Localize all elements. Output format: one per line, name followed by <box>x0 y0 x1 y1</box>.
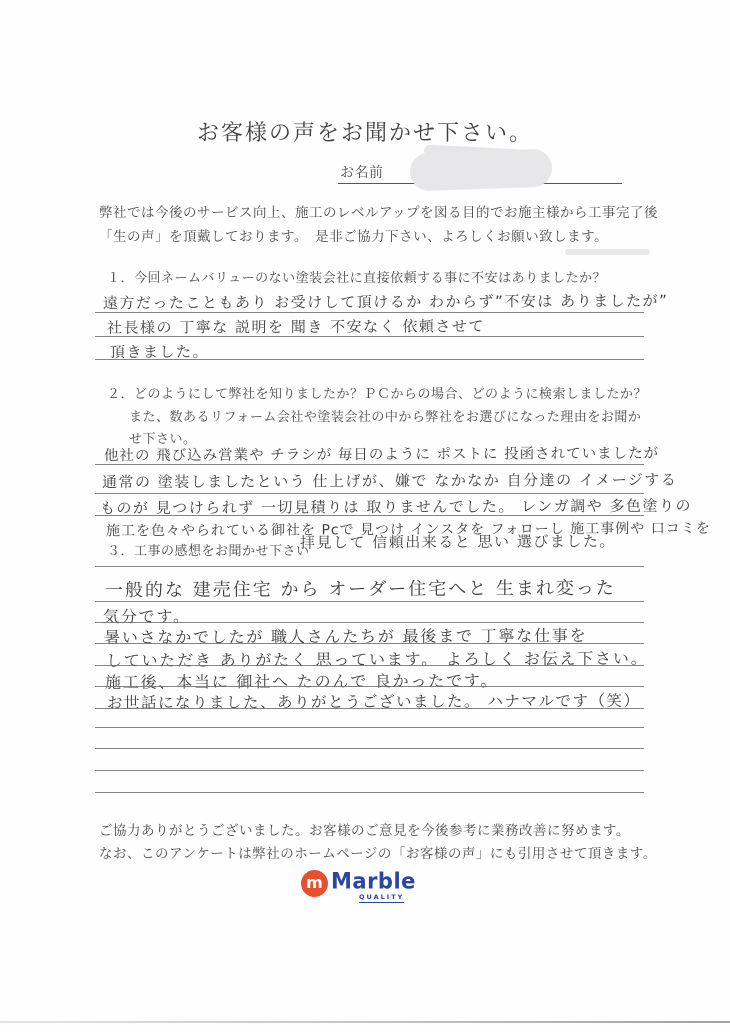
scan-smudge-2 <box>565 249 650 255</box>
logo-brand-text: Marble <box>331 868 416 893</box>
ruled-line <box>95 566 644 567</box>
q3-answer-line-2: 気分です。 <box>103 604 191 627</box>
question-2-text-line-1: ２．どのようにして弊社を知りましたか？ＰＣからの場合、どのように検索しましたか？ <box>107 383 647 402</box>
ruled-line <box>95 686 644 687</box>
ruled-line <box>95 665 644 666</box>
q1-answer-line-2: 社長様の 丁寧な 説明を 聞き 不安なく 依頼させて <box>107 315 485 338</box>
ruled-line <box>95 493 644 494</box>
ruled-line <box>95 515 644 516</box>
question-2-text-line-2: また、数あるリフォーム会社や塗装会社の中から弊社をお選びになった理由をお聞か <box>129 406 641 425</box>
company-logo: m Marble QUALITY <box>299 868 439 908</box>
name-redaction-blob <box>409 149 552 192</box>
scanned-form-page: お客様の声をお聞かせ下さい。 お名前 弊社では今後のサービス向上、施工のレベルア… <box>0 0 730 1032</box>
footer-line-1: ご協力ありがとうございました。お客様のご意見を今後参考に業務改善に努めます。 <box>99 819 630 839</box>
question-1-text: １．今回ネームバリューのない塗装会社に直接依頼する事に不安はありましたか？ <box>107 267 606 286</box>
logo-tagline-text: QUALITY <box>359 893 404 903</box>
q3-answer-inline: 拝見して 信頼出来ると 思い 選びました。 <box>300 530 616 552</box>
q2-answer-line-1: 他社の 飛び込み営業や チラシが 毎日のように ポストに 投函されていましたが <box>104 442 659 465</box>
logo-m-icon: m <box>301 870 328 897</box>
q3-answer-line-6: お世話になりました、ありがとうございました。 ハナマルです（笑） <box>107 689 641 713</box>
q1-answer-line-1: 遠方だったこともあり お受けして頂けるか わからず”不安は ありましたが” <box>103 290 668 313</box>
paper-bottom-edge <box>0 1021 730 1023</box>
intro-line-1: 弊社では今後のサービス向上、施工のレベルアップを図る目的でお施主様から工事完了後 <box>99 201 658 221</box>
blank-answer-line <box>95 770 644 771</box>
question-3-text: ３．工事の感想をお聞かせ下さい <box>107 540 310 559</box>
q2-answer-line-2: 通常の 塗装しましたという 仕上げが、嫌で なかなか 自分達の イメージする <box>102 469 677 493</box>
q3-answer-line-3: 暑いさなかでしたが 職人さんたちが 最後まで 丁寧な仕事を <box>104 623 588 648</box>
footer-line-2: なお、このアンケートは弊社のホームページの「お客様の声」にも引用させて頂きます。 <box>99 842 657 862</box>
q3-answer-line-4: していただき ありがたく 思っています。 よろしく お伝え下さい。 <box>106 646 649 671</box>
ruled-line <box>95 464 644 465</box>
ruled-line <box>95 336 644 337</box>
ruled-line <box>95 601 644 602</box>
ruled-line <box>95 359 644 360</box>
blank-answer-line <box>95 727 644 728</box>
blank-answer-line <box>95 748 644 749</box>
blank-answer-line <box>95 792 644 793</box>
ruled-line <box>95 708 644 709</box>
ruled-line <box>95 312 644 313</box>
name-label: お名前 <box>340 162 384 182</box>
q3-answer-line-1: 一般的な 建売住宅 から オーダー住宅へと 生まれ変った <box>105 574 616 602</box>
intro-line-2: 「生の声」を頂戴しております。 是非ご協力下さい、よろしくお願い致します。 <box>99 225 608 245</box>
ruled-line <box>95 643 644 644</box>
form-title: お客様の声をお聞かせ下さい。 <box>0 116 730 147</box>
